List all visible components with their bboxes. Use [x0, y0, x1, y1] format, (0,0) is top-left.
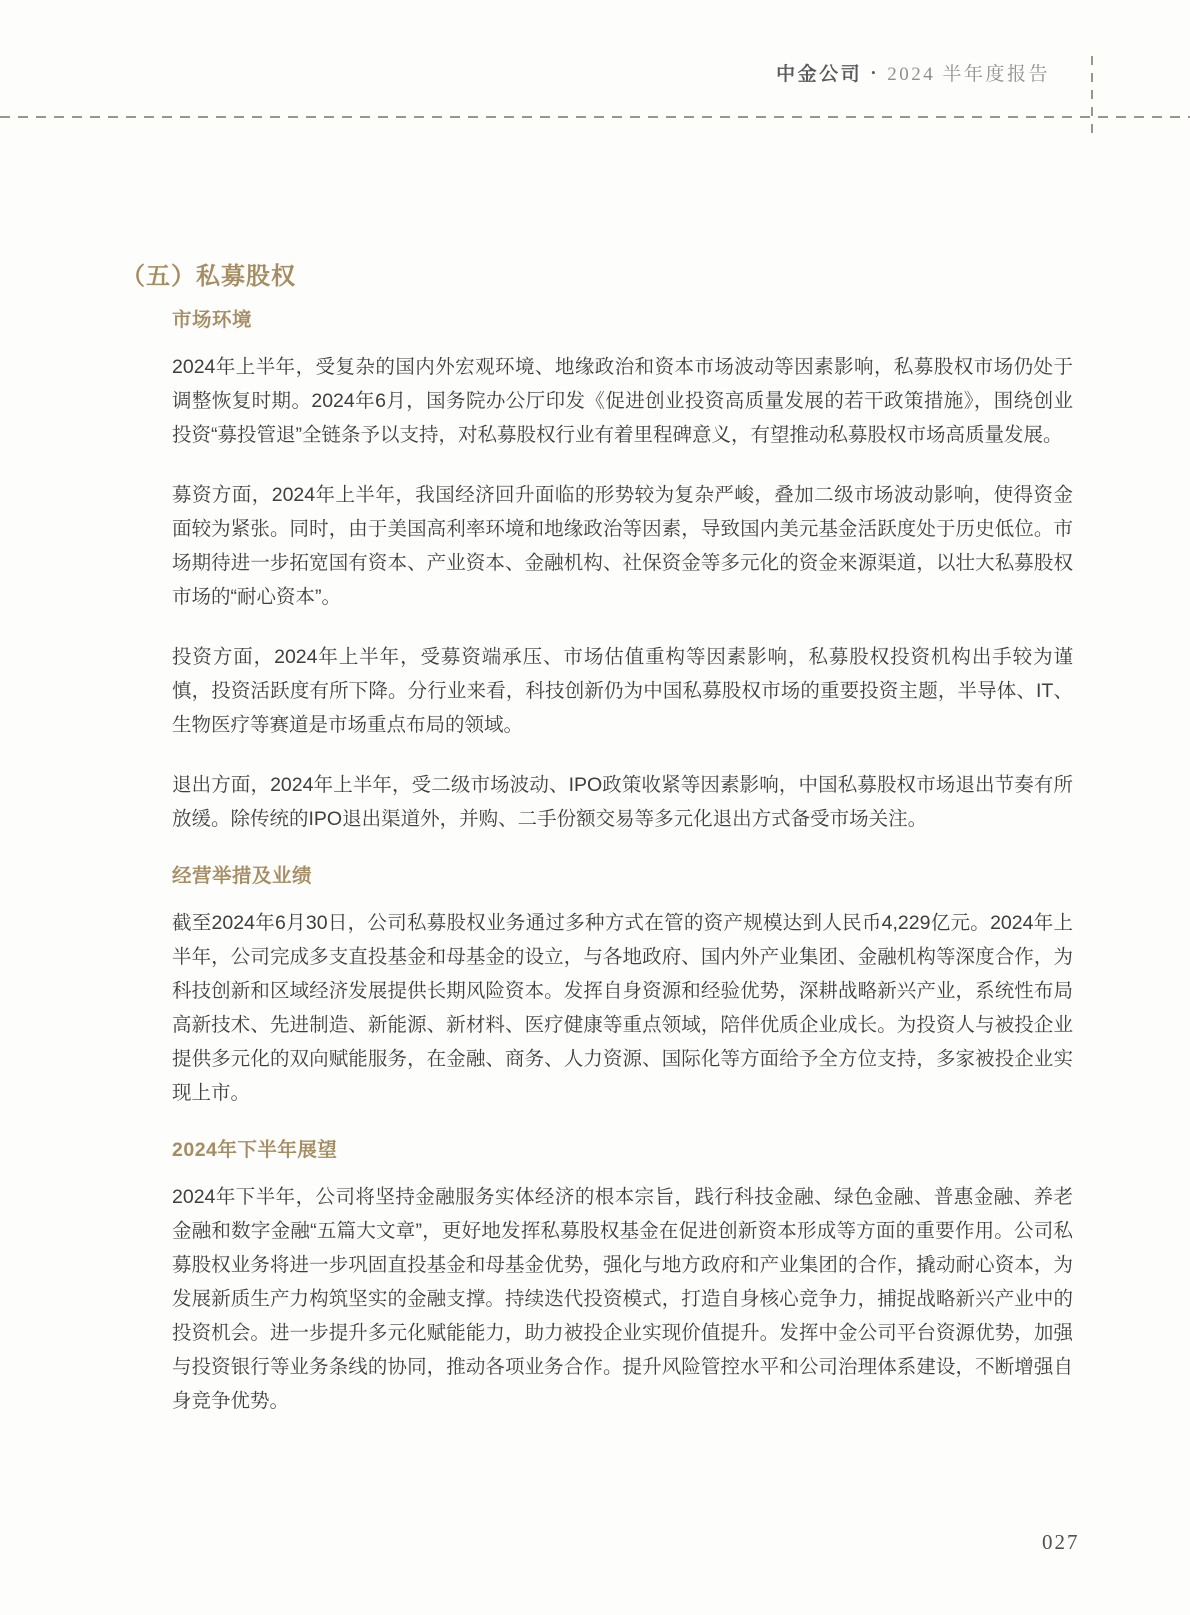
page-number: 027 — [1042, 1530, 1080, 1555]
section-title-private-equity: （五）私募股权 — [121, 261, 296, 293]
header-separator-dot: • — [871, 65, 878, 80]
page-header: 中金公司•2024 半年度报告 — [776, 60, 1050, 88]
paragraph-exit: 退出方面，2024年上半年，受二级市场波动、IPO政策收紧等因素影响，中国私募股… — [172, 768, 1073, 836]
paragraph-h2-2024-outlook: 2024年下半年，公司将坚持金融服务实体经济的根本宗旨，践行科技金融、绿色金融、… — [172, 1180, 1073, 1418]
report-page: 中金公司•2024 半年度报告 （五）私募股权 市场环境 2024年上半年，受复… — [0, 0, 1190, 1615]
subsection-heading-market-environment: 市场环境 — [172, 306, 1073, 334]
paragraph-investment: 投资方面，2024年上半年，受募资端承压、市场估值重构等因素影响，私募股权投资机… — [172, 640, 1073, 742]
subsection-heading-operations-results: 经营举措及业绩 — [172, 862, 1073, 890]
paragraph-operations-results: 截至2024年6月30日，公司私募股权业务通过多种方式在管的资产规模达到人民币4… — [172, 906, 1073, 1110]
subsection-heading-h2-2024-outlook: 2024年下半年展望 — [172, 1136, 1073, 1164]
paragraph-market-overview: 2024年上半年，受复杂的国内外宏观环境、地缘政治和资本市场波动等因素影响，私募… — [172, 350, 1073, 452]
header-company-name: 中金公司 — [776, 64, 862, 85]
horizontal-dashed-line — [0, 116, 1190, 118]
vertical-dashed-line — [1091, 56, 1093, 134]
header-report-title: 2024 半年度报告 — [887, 64, 1050, 85]
document-content: 市场环境 2024年上半年，受复杂的国内外宏观环境、地缘政治和资本市场波动等因素… — [172, 306, 1073, 1444]
paragraph-fundraising: 募资方面，2024年上半年，我国经济回升面临的形势较为复杂严峻，叠加二级市场波动… — [172, 478, 1073, 614]
